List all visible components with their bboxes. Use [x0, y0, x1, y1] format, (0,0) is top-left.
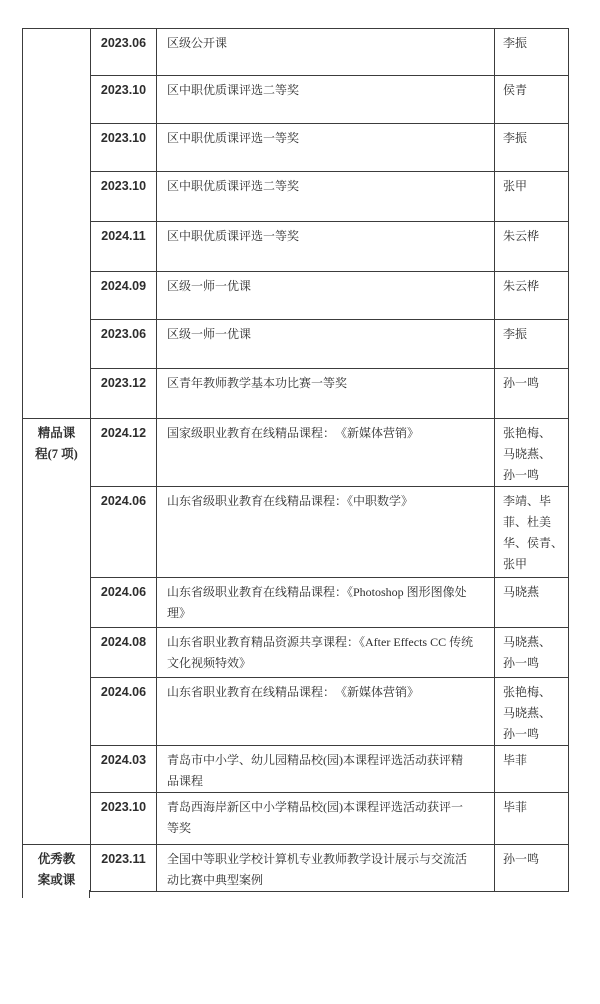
- table-row: 2024.09 区级一师一优课 朱云桦: [23, 272, 569, 320]
- cell-date: 2024.06: [91, 487, 157, 578]
- table-row: 2023.10 区中职优质课评选二等奖 侯青: [23, 76, 569, 124]
- cell-names: 孙一鸣: [495, 369, 569, 419]
- cell-description: 青岛西海岸新区中小学精品校(园)本课程评选活动获评一 等奖: [157, 793, 495, 845]
- cell-names: 孙一鸣: [495, 845, 569, 892]
- table-row: 2023.06 区级一师一优课 李振: [23, 320, 569, 369]
- cell-names: 毕菲: [495, 793, 569, 845]
- cell-date: 2023.10: [91, 793, 157, 845]
- cell-names: 朱云桦: [495, 222, 569, 272]
- cell-names: 马晓燕: [495, 578, 569, 628]
- table-row: 2023.10 区中职优质课评选二等奖 张甲: [23, 172, 569, 222]
- cell-date: 2024.03: [91, 746, 157, 793]
- awards-table: 2023.06 区级公开课 李振 2023.10 区中职优质课评选二等奖 侯青 …: [22, 28, 568, 892]
- cell-names: 李振: [495, 124, 569, 172]
- cell-description: 山东省职业教育精品资源共享课程：《After Effects CC 传统 文化视…: [157, 628, 495, 678]
- cell-date: 2023.06: [91, 29, 157, 76]
- cell-date: 2023.12: [91, 369, 157, 419]
- table-row: 2023.12 区青年教师教学基本功比赛一等奖 孙一鸣: [23, 369, 569, 419]
- cell-names: 马晓燕、 孙一鸣: [495, 628, 569, 678]
- cell-description: 区级一师一优课: [157, 272, 495, 320]
- cell-date: 2024.11: [91, 222, 157, 272]
- cell-description: 区级一师一优课: [157, 320, 495, 369]
- cell-names: 李靖、毕 菲、杜美 华、侯青、 张甲: [495, 487, 569, 578]
- cell-names: 毕菲: [495, 746, 569, 793]
- cell-description: 区中职优质课评选二等奖: [157, 172, 495, 222]
- cell-date: 2024.12: [91, 419, 157, 487]
- cell-date: 2023.11: [91, 845, 157, 892]
- cell-date: 2024.09: [91, 272, 157, 320]
- cell-description: 山东省级职业教育在线精品课程：《Photoshop 图形图像处 理》: [157, 578, 495, 628]
- table-row: 2024.06 山东省职业教育在线精品课程： 《新媒体营销》 张艳梅、 马晓燕、…: [23, 678, 569, 746]
- table-row: 精品课 程(7 项) 2024.12 国家级职业教育在线精品课程： 《新媒体营销…: [23, 419, 569, 487]
- cell-date: 2024.06: [91, 578, 157, 628]
- cell-description: 区中职优质课评选一等奖: [157, 222, 495, 272]
- cell-names: 张艳梅、 马晓燕、 孙一鸣: [495, 419, 569, 487]
- cell-category-premium-courses: 精品课 程(7 项): [23, 419, 91, 845]
- cell-description: 区级公开课: [157, 29, 495, 76]
- cell-date: 2023.10: [91, 76, 157, 124]
- table-row: 优秀教 案或课 2023.11 全国中等职业学校计算机专业教师教学设计展示与交流…: [23, 845, 569, 892]
- cell-description: 青岛市中小学、幼儿园精品校(园)本课程评选活动获评精 品课程: [157, 746, 495, 793]
- category-cell-right-border-stub: [89, 890, 90, 898]
- cell-description: 山东省职业教育在线精品课程： 《新媒体营销》: [157, 678, 495, 746]
- cell-description: 区青年教师教学基本功比赛一等奖: [157, 369, 495, 419]
- table-row: 2023.06 区级公开课 李振: [23, 29, 569, 76]
- cell-date: 2024.08: [91, 628, 157, 678]
- table-row: 2024.11 区中职优质课评选一等奖 朱云桦: [23, 222, 569, 272]
- cell-description: 全国中等职业学校计算机专业教师教学设计展示与交流活 动比赛中典型案例: [157, 845, 495, 892]
- table-row: 2024.06 山东省级职业教育在线精品课程：《Photoshop 图形图像处 …: [23, 578, 569, 628]
- cell-date: 2023.10: [91, 124, 157, 172]
- cell-description: 区中职优质课评选二等奖: [157, 76, 495, 124]
- cell-date: 2024.06: [91, 678, 157, 746]
- cell-category-continued: [23, 29, 91, 419]
- cell-names: 张甲: [495, 172, 569, 222]
- table-row: 2024.06 山东省级职业教育在线精品课程：《中职数学》 李靖、毕 菲、杜美 …: [23, 487, 569, 578]
- cell-names: 朱云桦: [495, 272, 569, 320]
- cell-description: 国家级职业教育在线精品课程： 《新媒体营销》: [157, 419, 495, 487]
- cell-names: 张艳梅、 马晓燕、 孙一鸣: [495, 678, 569, 746]
- cell-description: 区中职优质课评选一等奖: [157, 124, 495, 172]
- cell-date: 2023.10: [91, 172, 157, 222]
- document-page: 2023.06 区级公开课 李振 2023.10 区中职优质课评选二等奖 侯青 …: [0, 0, 600, 1004]
- cell-names: 李振: [495, 320, 569, 369]
- cell-description: 山东省级职业教育在线精品课程：《中职数学》: [157, 487, 495, 578]
- cell-category-excellent-lesson-plans: 优秀教 案或课: [23, 845, 91, 892]
- cell-names: 侯青: [495, 76, 569, 124]
- table-row: 2023.10 区中职优质课评选一等奖 李振: [23, 124, 569, 172]
- table-row: 2024.08 山东省职业教育精品资源共享课程：《After Effects C…: [23, 628, 569, 678]
- table-row: 2024.03 青岛市中小学、幼儿园精品校(园)本课程评选活动获评精 品课程 毕…: [23, 746, 569, 793]
- table-row: 2023.10 青岛西海岸新区中小学精品校(园)本课程评选活动获评一 等奖 毕菲: [23, 793, 569, 845]
- category-cell-left-border-stub: [22, 890, 23, 898]
- cell-date: 2023.06: [91, 320, 157, 369]
- cell-names: 李振: [495, 29, 569, 76]
